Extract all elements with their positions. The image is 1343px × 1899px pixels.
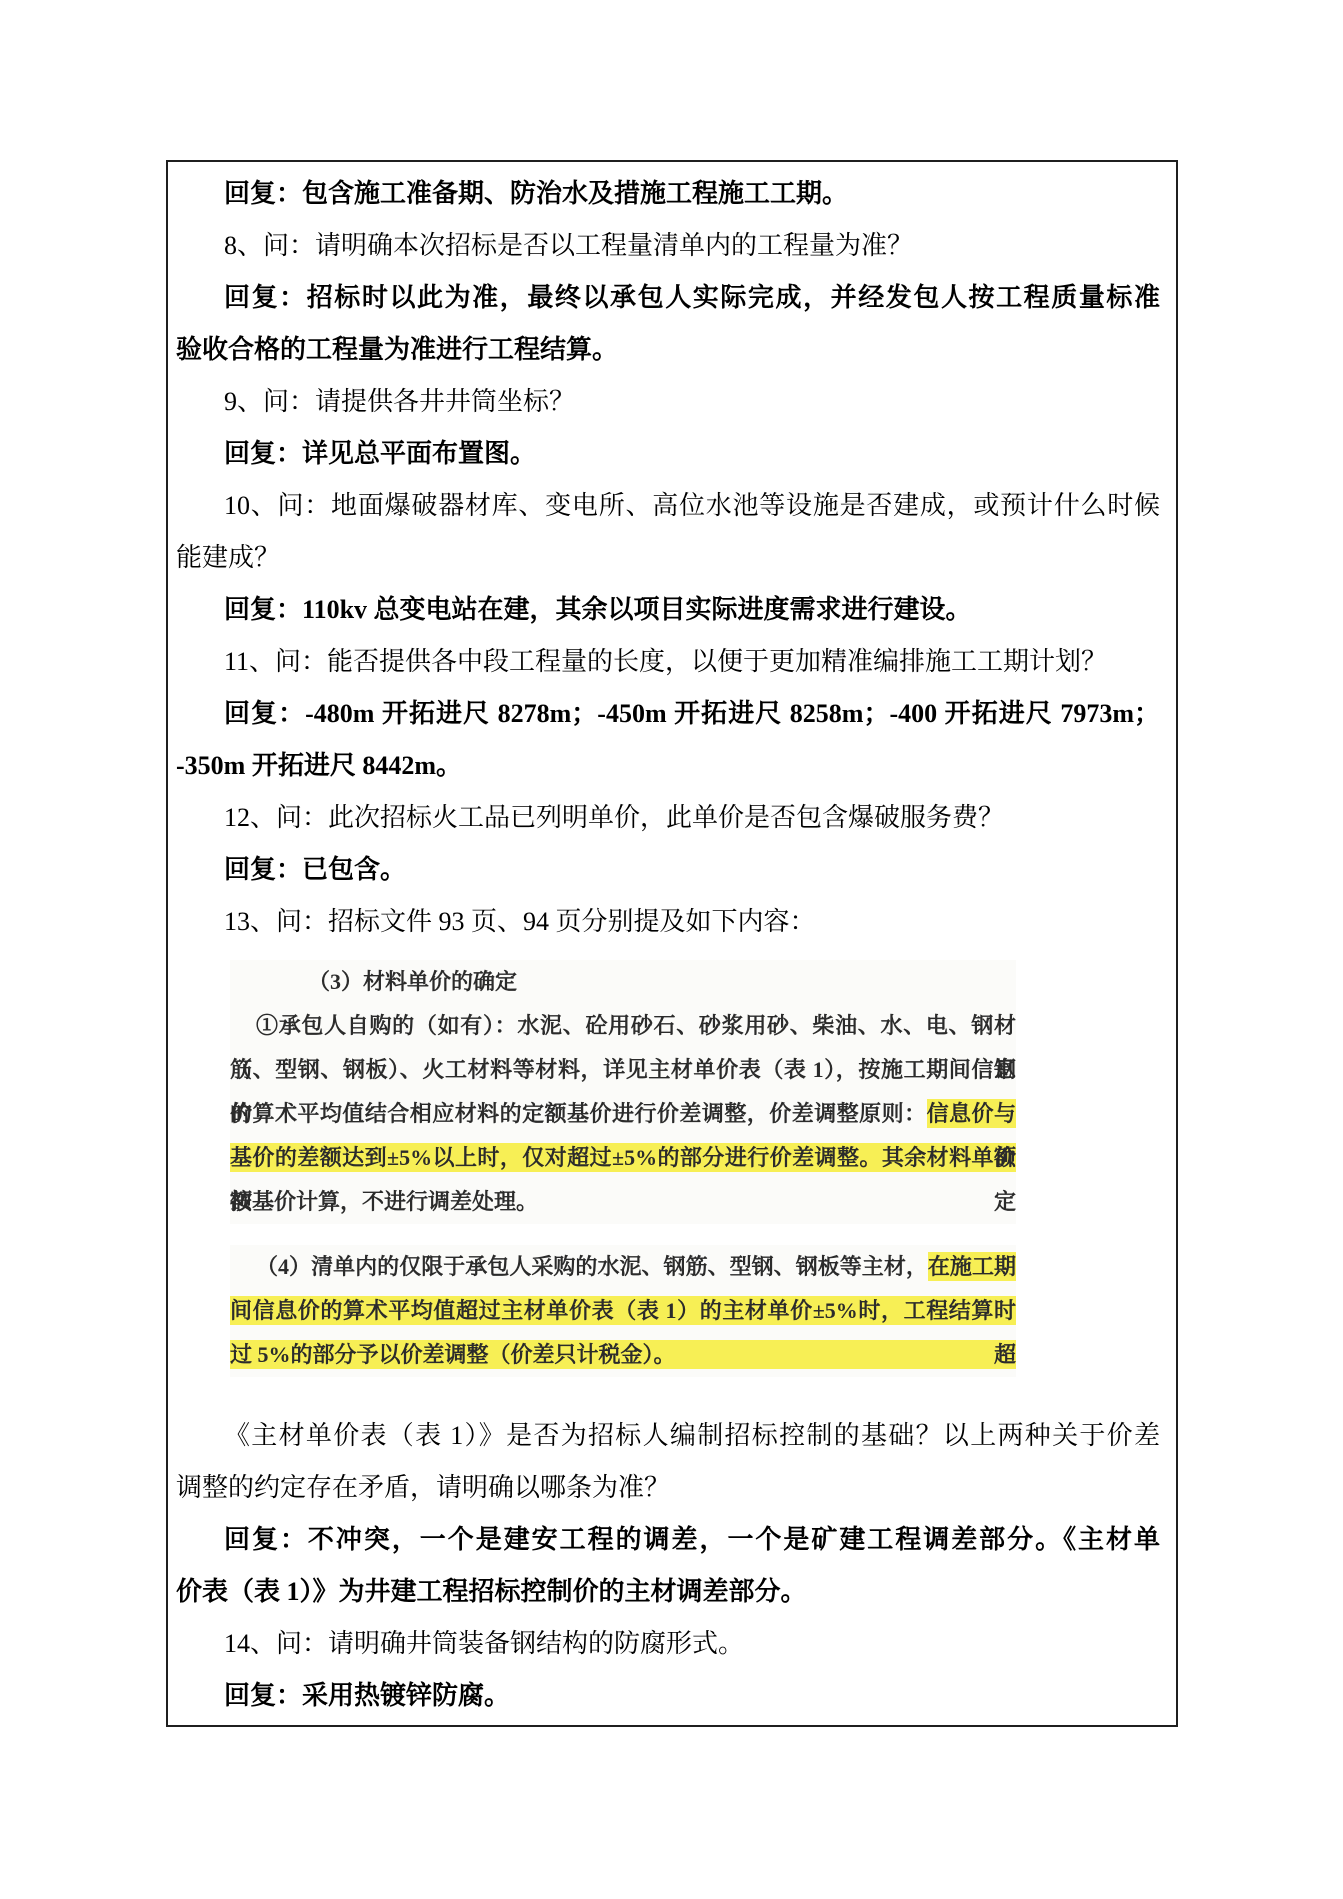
quote-line: ①承包人自购的（如有）：水泥、砼用砂石、砂浆用砂、柴油、水、电、钢材（钢 — [230, 1004, 1016, 1048]
quote-line: 基价的差额达到±5%以上时，仅对超过±5%的部分进行价差调整。其余材料单价按定 — [230, 1136, 1016, 1180]
qa-table-cell: 回复：包含施工准备期、防治水及措施工程施工工期。8、问：请明确本次招标是否以工程… — [166, 160, 1178, 1727]
text-segment: （4）清单内的仅限于承包人采购的水泥、钢筋、型钢、钢板等主材， — [256, 1254, 928, 1279]
text-line: 10、问：地面爆破器材库、变电所、高位水池等设施是否建成，或预计什么时候 — [176, 480, 1160, 532]
text-line: 回复：不冲突，一个是建安工程的调差，一个是矿建工程调差部分。《主材单 — [176, 1514, 1160, 1566]
quote-line: 筋、型钢、钢板）、火工材料等材料，详见主材单价表（表 1），按施工期间信息价 — [230, 1048, 1016, 1092]
text-segment: （价差只计税金）。 — [489, 1342, 676, 1367]
text-segment: 回复：包含施工准备期、防治水及措施工程施工工期。 — [224, 179, 848, 208]
text-line: 回复：已包含。 — [176, 844, 1160, 896]
text-line: 回复：招标时以此为准，最终以承包人实际完成，并经发包人按工程质量标准 — [176, 272, 1160, 324]
text-line: 能建成？ — [176, 532, 1160, 584]
text-line: 《主材单价表（表 1）》是否为招标人编制招标控制的基础？以上两种关于价差 — [176, 1410, 1160, 1462]
text-line: 回复：包含施工准备期、防治水及措施工程施工工期。 — [176, 168, 1160, 220]
text-segment: 回复：招标时以此为准，最终以承包人实际完成，并经发包人按工程质量标准 — [224, 283, 1160, 312]
text-segment: 回复：110kv 总变电站在建，其余以项目实际进度需求进行建设。 — [224, 595, 972, 624]
highlighted-text: 过 5%的部分予以价差调整 — [230, 1340, 489, 1369]
text-segment: -350m 开拓进尺 8442m。 — [176, 751, 462, 780]
text-segment: 的算术平均值结合相应材料的定额基价进行价差调整，价差调整原则： — [230, 1101, 927, 1126]
text-line: 11、问：能否提供各中段工程量的长度，以便于更加精准编排施工工期计划？ — [176, 636, 1160, 688]
text-line: 14、问：请明确井筒装备钢结构的防腐形式。 — [176, 1618, 1160, 1670]
quote-line: （4）清单内的仅限于承包人采购的水泥、钢筋、型钢、钢板等主材，在施工期 — [230, 1245, 1016, 1289]
quote-line: 的算术平均值结合相应材料的定额基价进行价差调整，价差调整原则：信息价与定额 — [230, 1092, 1016, 1136]
text-line: 调整的约定存在矛盾，请明确以哪条为准？ — [176, 1462, 1160, 1514]
quote-line: 间信息价的算术平均值超过主材单价表（表 1）的主材单价±5%时，工程结算时对超 — [230, 1289, 1016, 1333]
text-segment: 9、问：请提供各井井筒坐标？ — [224, 387, 575, 416]
qa-content: 回复：包含施工准备期、防治水及措施工程施工工期。8、问：请明确本次招标是否以工程… — [176, 168, 1160, 1721]
text-segment: 调整的约定存在矛盾，请明确以哪条为准？ — [176, 1473, 670, 1502]
text-line: 验收合格的工程量为准进行工程结算。 — [176, 324, 1160, 376]
text-segment: 8、问：请明确本次招标是否以工程量清单内的工程量为准？ — [224, 231, 913, 260]
highlighted-text: 在施工期 — [928, 1252, 1016, 1281]
text-segment: 回复：不冲突，一个是建安工程的调差，一个是矿建工程调差部分。《主材单 — [224, 1525, 1160, 1554]
text-segment: 11、问：能否提供各中段工程量的长度，以便于更加精准编排施工工期计划？ — [224, 647, 1107, 676]
text-segment: 13、问：招标文件 93 页、94 页分别提及如下内容： — [224, 907, 816, 936]
text-line: 回复：详见总平面布置图。 — [176, 428, 1160, 480]
text-segment: 回复：已包含。 — [224, 855, 406, 884]
quote-line: （3）材料单价的确定 — [230, 960, 1016, 1004]
text-segment: 回复：详见总平面布置图。 — [224, 439, 536, 468]
text-segment: 价表（表 1）》为井建工程招标控制价的主材调差部分。 — [176, 1577, 807, 1606]
text-line: 回复：110kv 总变电站在建，其余以项目实际进度需求进行建设。 — [176, 584, 1160, 636]
text-line: 回复：采用热镀锌防腐。 — [176, 1670, 1160, 1721]
text-line: 13、问：招标文件 93 页、94 页分别提及如下内容： — [176, 896, 1160, 948]
text-segment: 额基价计算，不进行调差处理。 — [230, 1189, 538, 1214]
text-line: 9、问：请提供各井井筒坐标？ — [176, 376, 1160, 428]
text-segment: 验收合格的工程量为准进行工程结算。 — [176, 335, 618, 364]
text-segment: 12、问：此次招标火工品已列明单价，此单价是否包含爆破服务费？ — [224, 803, 1004, 832]
text-segment: （3）材料单价的确定 — [308, 969, 517, 994]
text-line: 12、问：此次招标火工品已列明单价，此单价是否包含爆破服务费？ — [176, 792, 1160, 844]
text-line: 8、问：请明确本次招标是否以工程量清单内的工程量为准？ — [176, 220, 1160, 272]
text-segment: 回复：采用热镀锌防腐。 — [224, 1681, 510, 1710]
text-line: 回复：-480m 开拓进尺 8278m；-450m 开拓进尺 8258m；-40… — [176, 688, 1160, 740]
text-segment: 14、问：请明确井筒装备钢结构的防腐形式。 — [224, 1629, 744, 1658]
highlighted-text: 基价的差额达到±5%以上时，仅对超过±5%的部分进行价差调整 — [230, 1143, 859, 1172]
text-line: 价表（表 1）》为井建工程招标控制价的主材调差部分。 — [176, 1566, 1160, 1618]
text-segment: 10、问：地面爆破器材库、变电所、高位水池等设施是否建成，或预计什么时候 — [224, 491, 1160, 520]
text-segment: 回复：-480m 开拓进尺 8278m；-450m 开拓进尺 8258m；-40… — [224, 699, 1160, 728]
text-segment: 《主材单价表（表 1）》是否为招标人编制招标控制的基础？以上两种关于价差 — [224, 1421, 1160, 1450]
text-segment: 能建成？ — [176, 543, 280, 572]
text-line: -350m 开拓进尺 8442m。 — [176, 740, 1160, 792]
